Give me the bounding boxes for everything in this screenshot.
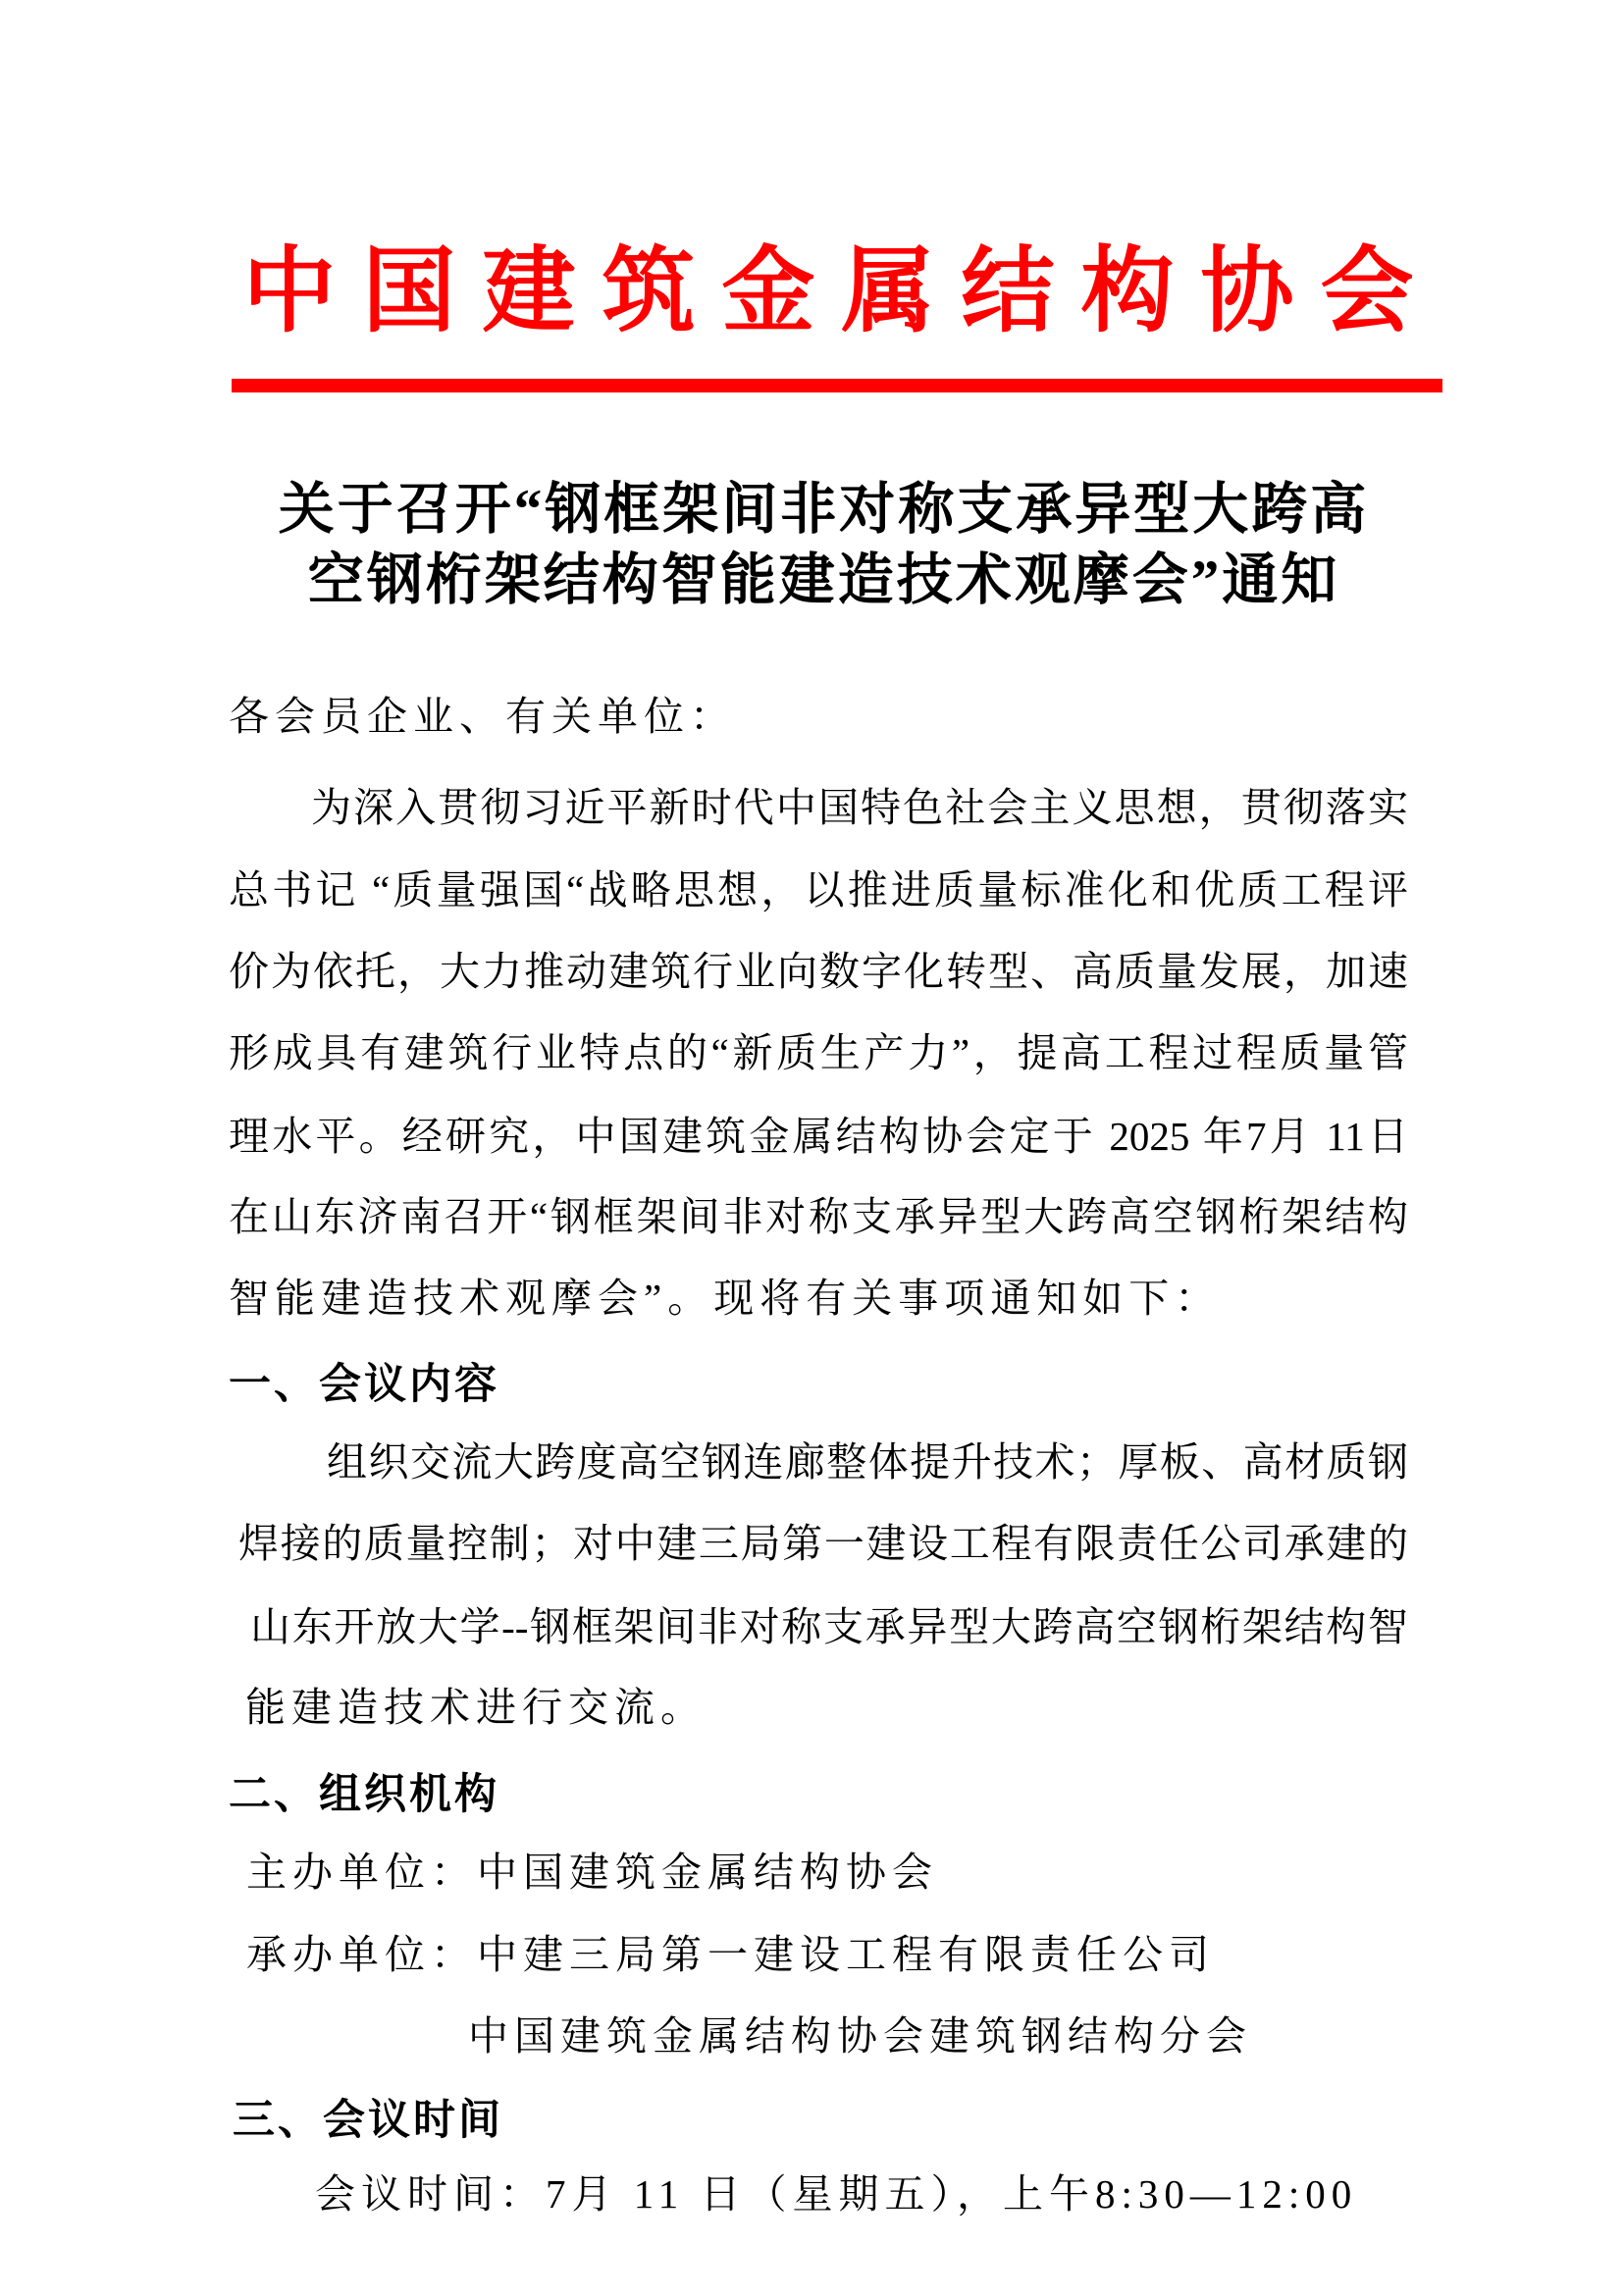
intro-paragraph-line: 形成具有建筑行业特点的“新质生产力”，提高工程过程质量管 [229, 1029, 1408, 1076]
intro-paragraph-line: 智能建造技术观摩会”。现将有关事项通知如下： [229, 1275, 1408, 1322]
association-name-header: 中国建筑金属结构协会 [0, 241, 1624, 342]
intro-paragraph-line: 为深入贯彻习近平新时代中国特色社会主义思想，贯彻落实 [229, 784, 1408, 831]
intro-paragraph-line: 在山东济南召开“钢框架间非对称支承异型大跨高空钢桁架结构 [229, 1193, 1408, 1240]
header-divider-line [232, 379, 1442, 392]
section-content-line: 山东开放大学--钢框架间非对称支承异型大跨高空钢桁架结构智 [229, 1603, 1408, 1650]
organizer-unit-line: 承办单位：中建三局第一建设工程有限责任公司 [246, 1931, 1426, 1978]
intro-paragraph-line: 价为依托，大力推动建筑行业向数字化转型、高质量发展，加速 [229, 948, 1408, 995]
section-content-line: 组织交流大跨度高空钢连廊整体提升技术；厚板、高材质钢 [229, 1438, 1408, 1486]
notice-title-line1: 关于召开“钢框架间非对称支承异型大跨高 [24, 475, 1624, 546]
section-heading-meeting-time: 三、会议时间 [233, 2096, 1412, 2146]
section-content-line: 焊接的质量控制；对中建三局第一建设工程有限责任公司承建的 [229, 1520, 1408, 1567]
notice-title: 关于召开“钢框架间非对称支承异型大跨高 空钢桁架结构智能建造技术观摩会”通知 [0, 475, 1624, 616]
co-organizer-unit-line: 中国建筑金属结构协会建筑钢结构分会 [468, 2012, 1624, 2060]
notice-title-line2: 空钢桁架结构智能建造技术观摩会”通知 [24, 546, 1624, 616]
notice-document: 中国建筑金属结构协会 关于召开“钢框架间非对称支承异型大跨高 空钢桁架结构智能建… [0, 0, 1624, 2295]
salutation-line: 各会员企业、有关单位： [229, 693, 1408, 740]
section-heading-organization: 二、组织机构 [229, 1770, 1408, 1820]
intro-paragraph-line: 总书记 “质量强国“战略思想，以推进质量标准化和优质工程评 [229, 866, 1408, 913]
section-content-line: 能建造技术进行交流。 [245, 1684, 1425, 1731]
section-heading-meeting-content: 一、会议内容 [229, 1360, 1408, 1410]
intro-paragraph-line: 理水平。经研究，中国建筑金属结构协会定于 2025 年7月 11日 [229, 1113, 1408, 1160]
meeting-time-line: 会议时间：7月 11 日（星期五），上午8:30—12:00 [315, 2170, 1494, 2217]
host-unit-line: 主办单位：中国建筑金属结构协会 [246, 1849, 1426, 1896]
